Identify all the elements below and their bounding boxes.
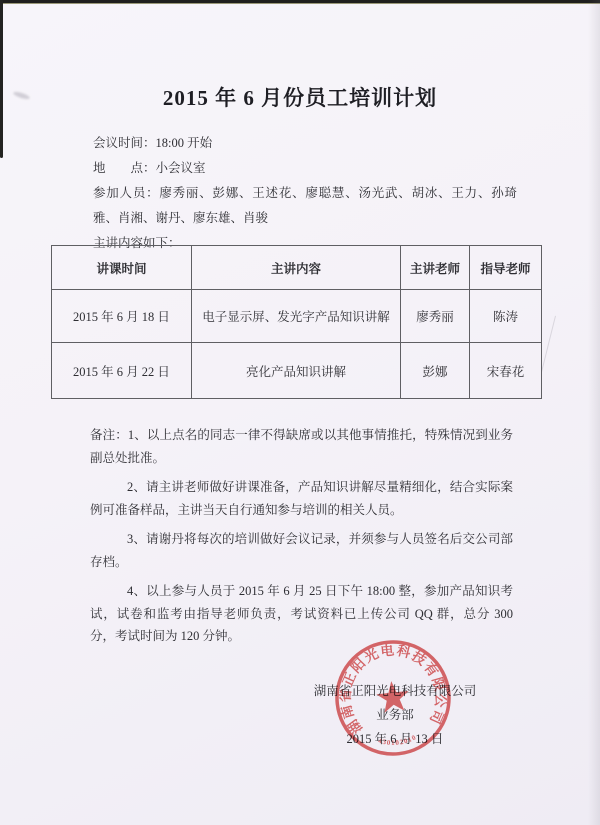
svg-text:430102010: 430102010: [376, 733, 418, 749]
cell-advisor: 宋春花: [470, 343, 542, 399]
table-row: 2015 年 6 月 22 日 亮化产品知识讲解 彭娜 宋春花: [52, 343, 542, 399]
training-schedule-table: 讲课时间 主讲内容 主讲老师 指导老师 2015 年 6 月 18 日 电子显示…: [51, 245, 542, 399]
seal-star-icon: [375, 679, 410, 713]
scan-artifact-left-edge: [0, 0, 3, 158]
cell-date: 2015 年 6 月 18 日: [52, 290, 192, 343]
col-header-content: 主讲内容: [192, 246, 401, 290]
col-header-time: 讲课时间: [52, 246, 192, 290]
location-line: 地 点：小会议室: [93, 156, 517, 181]
scan-artifact-right-shade: [588, 0, 600, 825]
table-header-row: 讲课时间 主讲内容 主讲老师 指导老师: [52, 246, 542, 290]
cell-topic: 电子显示屏、发光字产品知识讲解: [192, 290, 401, 343]
meeting-info-block: 会议时间：18:00 开始 地 点：小会议室 参加人员：廖秀丽、彭娜、王述花、廖…: [93, 131, 517, 256]
scanned-training-plan-page: 2015 年 6 月份员工培训计划 会议时间：18:00 开始 地 点：小会议室…: [0, 0, 600, 825]
remark-item-3: 3、请谢丹将每次的培训做好会议记录，并须参与人员签名后交公司部存档。: [90, 528, 513, 573]
table-row: 2015 年 6 月 18 日 电子显示屏、发光字产品知识讲解 廖秀丽 陈涛: [52, 290, 542, 343]
cell-topic: 亮化产品知识讲解: [192, 343, 401, 399]
cell-advisor: 陈涛: [470, 290, 542, 343]
remark-item-1: 备注：1、以上点名的同志一律不得缺席或以其他事情推托，特殊情况到业务副总处批准。: [90, 424, 513, 469]
cell-teacher: 廖秀丽: [401, 290, 470, 343]
col-header-advisor: 指导老师: [470, 246, 542, 290]
cell-teacher: 彭娜: [401, 343, 470, 399]
cell-date: 2015 年 6 月 22 日: [52, 343, 192, 399]
company-seal-stamp: 湖南省正阳光电科技有限公司 430102010: [322, 627, 465, 770]
scan-artifact-crease: [541, 316, 556, 373]
participants-line: 参加人员：廖秀丽、彭娜、王述花、廖聪慧、汤光武、胡冰、王力、孙琦雅、肖湘、谢丹、…: [93, 181, 517, 231]
document-title: 2015 年 6 月份员工培训计划: [0, 82, 600, 112]
meeting-time-line: 会议时间：18:00 开始: [93, 131, 517, 156]
col-header-teacher: 主讲老师: [401, 246, 470, 290]
remark-item-2: 2、请主讲老师做好讲课准备，产品知识讲解尽量精细化，结合实际案例可准备样品，主讲…: [90, 476, 513, 521]
remarks-block: 备注：1、以上点名的同志一律不得缺席或以其他事情推托，特殊情况到业务副总处批准。…: [90, 424, 513, 655]
seal-serial-number: 430102010: [376, 733, 418, 749]
scan-artifact-top-edge: [0, 0, 600, 4]
